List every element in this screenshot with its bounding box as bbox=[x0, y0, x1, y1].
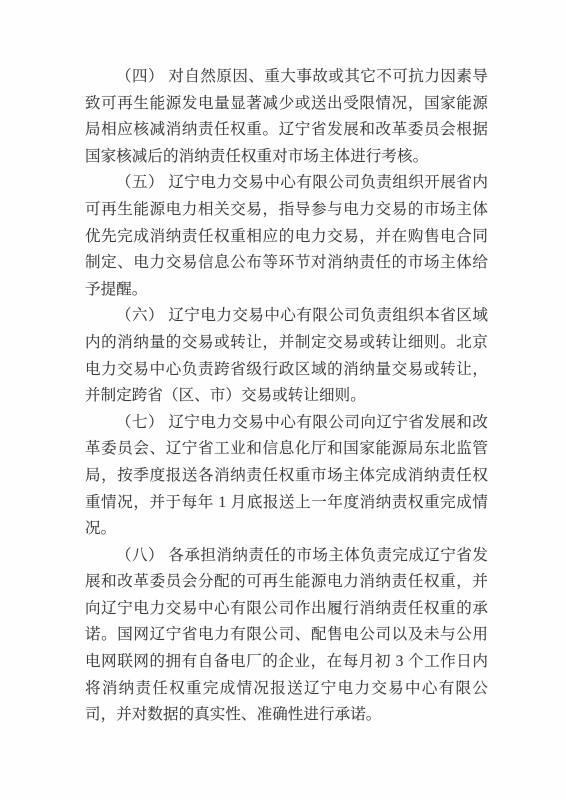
document-page: （四） 对自然原因、重大事故或其它不可抗力因素导致可再生能源发电量显著减少或送出… bbox=[0, 0, 566, 800]
clause-paragraph-8: （八） 各承担消纳责任的市场主体负责完成辽宁省发展和改革委员会分配的可再生能源电… bbox=[85, 543, 488, 729]
clause-paragraph-5: （五） 辽宁电力交易中心有限公司负责组织开展省内可再生能源电力相关交易，指导参与… bbox=[85, 170, 488, 303]
clause-paragraph-6: （六） 辽宁电力交易中心有限公司负责组织本省区域内的消纳量的交易或转让，并制定交… bbox=[85, 303, 488, 409]
document-body: （四） 对自然原因、重大事故或其它不可抗力因素导致可再生能源发电量显著减少或送出… bbox=[85, 64, 488, 729]
clause-paragraph-4: （四） 对自然原因、重大事故或其它不可抗力因素导致可再生能源发电量显著减少或送出… bbox=[85, 64, 488, 170]
clause-paragraph-7: （七） 辽宁电力交易中心有限公司向辽宁省发展和改革委员会、辽宁省工业和信息化厅和… bbox=[85, 410, 488, 543]
